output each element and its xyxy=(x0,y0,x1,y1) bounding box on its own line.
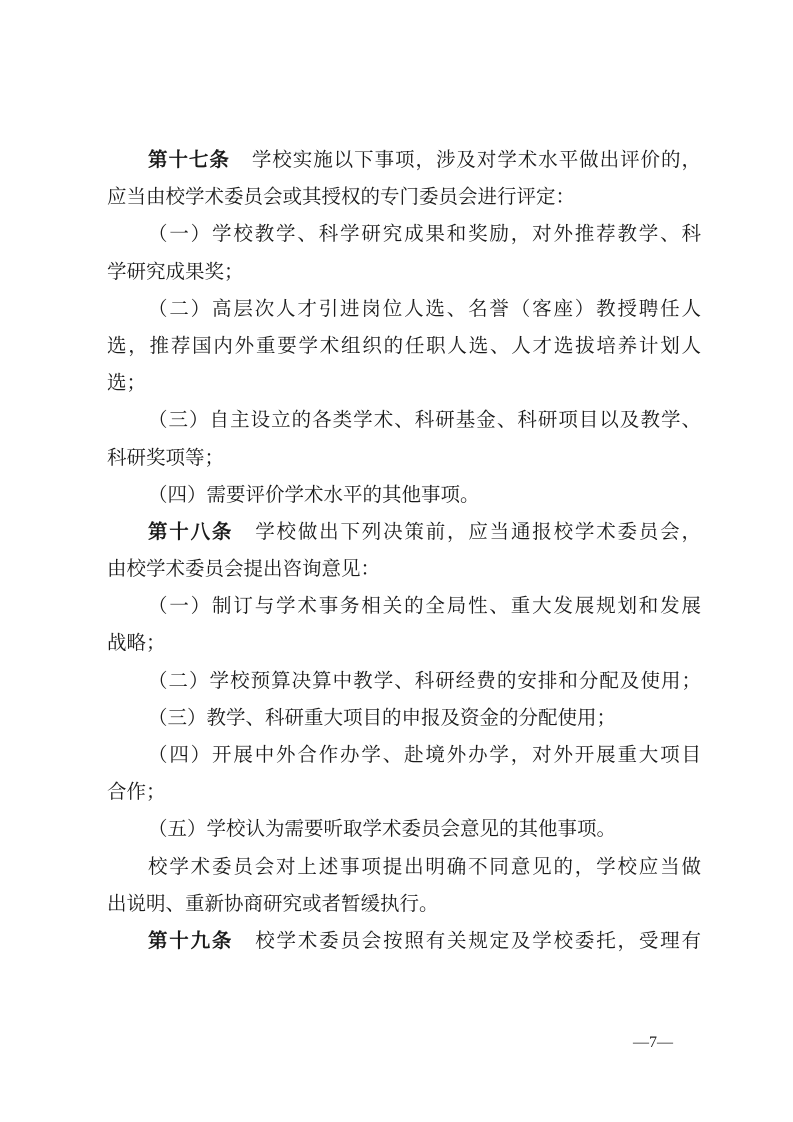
list-item: （二）学校预算决算中教学、科研经费的安排和分配及使用； xyxy=(107,662,701,699)
list-item-continuation: 战略； xyxy=(107,624,701,661)
list-item-continuation: 科研奖项等； xyxy=(107,439,701,476)
list-item: （三）自主设立的各类学术、科研基金、科研项目以及教学、 xyxy=(107,401,701,438)
article-17-line: 应当由校学术委员会或其授权的专门委员会进行评定： xyxy=(107,178,701,215)
list-item-continuation: 选； xyxy=(107,364,701,401)
article-text: 校学术委员会按照有关规定及学校委托，受理有 xyxy=(255,929,701,952)
closing-paragraph-line: 出说明、重新协商研究或者暂缓执行。 xyxy=(107,885,701,922)
article-18-heading-line: 第十八条学校做出下列决策前，应当通报校学术委员会， xyxy=(107,513,701,550)
article-number: 第十九条 xyxy=(148,929,233,952)
article-19-heading-line: 第十九条校学术委员会按照有关规定及学校委托，受理有 xyxy=(107,922,701,959)
list-item-continuation: 合作； xyxy=(107,773,701,810)
article-18-line: 由校学术委员会提出咨询意见： xyxy=(107,550,701,587)
list-item: （四）开展中外合作办学、赴境外办学，对外开展重大项目 xyxy=(107,736,701,773)
list-item-continuation: 选，推荐国内外重要学术组织的任职人选、人才选拔培养计划人 xyxy=(107,327,701,364)
list-item: （五）学校认为需要听取学术委员会意见的其他事项。 xyxy=(107,810,701,847)
list-item-continuation: 学研究成果奖； xyxy=(107,253,701,290)
article-number: 第十八条 xyxy=(148,520,233,543)
list-item: （一）制订与学术事务相关的全局性、重大发展规划和发展 xyxy=(107,587,701,624)
list-item: （二）高层次人才引进岗位人选、名誉（客座）教授聘任人 xyxy=(107,290,701,327)
article-17-heading-line: 第十七条学校实施以下事项，涉及对学术水平做出评价的， xyxy=(107,141,701,178)
list-item: （一）学校教学、科学研究成果和奖励，对外推荐教学、科 xyxy=(107,215,701,252)
article-text: 学校做出下列决策前，应当通报校学术委员会， xyxy=(255,520,701,543)
list-item: （三）教学、科研重大项目的申报及资金的分配使用； xyxy=(107,699,701,736)
page-number: —7— xyxy=(633,1034,673,1052)
article-number: 第十七条 xyxy=(148,148,230,171)
document-page: 第十七条学校实施以下事项，涉及对学术水平做出评价的， 应当由校学术委员会或其授权… xyxy=(0,0,793,1122)
list-item: （四）需要评价学术水平的其他事项。 xyxy=(107,476,701,513)
document-body: 第十七条学校实施以下事项，涉及对学术水平做出评价的， 应当由校学术委员会或其授权… xyxy=(107,141,701,959)
article-text: 学校实施以下事项，涉及对学术水平做出评价的， xyxy=(252,148,701,171)
closing-paragraph-line: 校学术委员会对上述事项提出明确不同意见的，学校应当做 xyxy=(107,848,701,885)
